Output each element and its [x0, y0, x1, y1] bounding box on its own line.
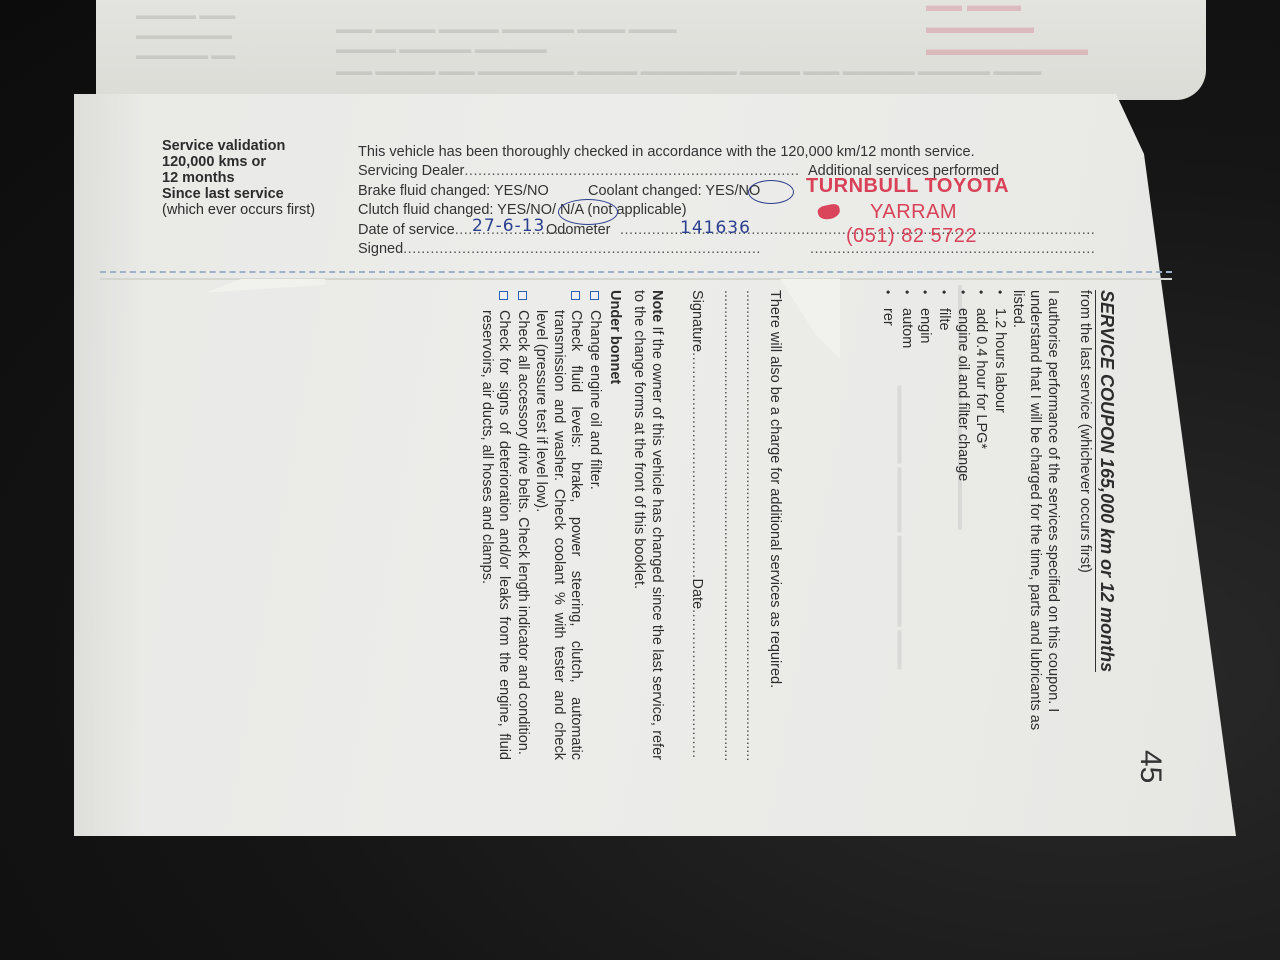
stamp-town: YARRAM [870, 201, 957, 224]
validation-interval-km: 120,000 kms or [162, 154, 352, 170]
bullet-item: add 0.4 hour for LPG* [971, 290, 990, 760]
clutch-na-circle [558, 199, 618, 225]
checklist-item: Check fluid levels: brake, power steerin… [532, 290, 585, 760]
checkbox[interactable] [518, 291, 527, 300]
handwritten-odometer: 141636 [680, 218, 751, 238]
bullet-item: autom [896, 290, 915, 760]
signature-field[interactable]: ........................................… [689, 352, 705, 578]
brake-fluid-field[interactable]: Brake fluid changed: YES/NO [358, 183, 549, 199]
checkbox[interactable] [572, 291, 581, 300]
page-number: 45 [1142, 750, 1160, 783]
date-label: Date of service [358, 222, 455, 238]
validation-statement: This vehicle has been thoroughly checked… [358, 143, 1038, 162]
perforation-line [100, 271, 1172, 273]
bullet-item: engin [915, 290, 934, 760]
dealer-label: Servicing Dealer [358, 163, 464, 179]
service-coupon: 45 SERVICE COUPON 165,000 km or 12 month… [333, 290, 1163, 810]
checklist-item: Check all accessory drive belts. Check l… [514, 290, 532, 760]
date-label: Date [689, 579, 705, 610]
checklist-item: Change engine oil and filter. [586, 290, 604, 760]
bullet-item-continued: filte [933, 290, 952, 760]
signature-label: Signature [689, 290, 705, 352]
coolant-field[interactable]: Coolant changed: YES/NO [588, 182, 760, 201]
additional-services-field[interactable]: ........................................… [742, 290, 760, 760]
bullet-item: 1.2 hours labour [989, 290, 1008, 760]
validation-qualifier: (which ever occurs first) [162, 202, 352, 218]
validation-interval-months: 12 months [162, 170, 352, 186]
checklist-item-text: Check fluid levels: brake, power steerin… [534, 310, 585, 760]
checklist-item-text: Check for signs of deterioration and/or … [479, 310, 513, 760]
coolant-no-circle [748, 180, 794, 204]
additional-charge-text: There will also be a charge for addition… [766, 290, 784, 688]
bullet-item: rer [877, 290, 896, 760]
validation-title: Service validation [162, 138, 352, 154]
labour-bullet-list: 1.2 hours labour add 0.4 hour for LPG* e… [877, 290, 1008, 760]
checklist-item-text: Change engine oil and filter. [587, 310, 603, 490]
validation-since: Since last service [162, 186, 352, 202]
date-field[interactable]: ........................................… [689, 609, 705, 760]
coupon-title: SERVICE COUPON 165,000 km or 12 months [1096, 290, 1116, 672]
service-validation-section: Service validation 120,000 kms or 12 mon… [0, 0, 1280, 270]
handwritten-date: 27-6-13 [472, 216, 545, 236]
signature-row: Signature...............................… [688, 290, 706, 760]
authorisation-text: I authorise performance of the services … [1009, 290, 1062, 760]
checkbox[interactable] [500, 291, 509, 300]
checklist-item-text: Check all accessory drive belts. Check l… [515, 310, 531, 755]
signed-field[interactable]: ........................................… [403, 241, 761, 257]
coupon-subtitle: from the last service (whichever occurs … [1076, 290, 1094, 573]
checkbox[interactable] [590, 291, 599, 300]
additional-services-field[interactable]: ........................................… [720, 290, 738, 760]
under-bonnet-heading: Under bonnet [606, 290, 624, 384]
stamp-dealer-name: TURNBULL TOYOTA [806, 175, 1009, 198]
bullet-item: engine oil and filter change [952, 290, 971, 760]
note-label: Note [649, 290, 665, 322]
checklist-item: Check for signs of deterioration and/or … [478, 290, 513, 760]
owner-change-note: Note If the owner of this vehicle has ch… [630, 290, 665, 760]
validation-label: Service validation 120,000 kms or 12 mon… [162, 138, 352, 218]
dealer-field[interactable]: ........................................… [464, 163, 799, 179]
signed-label: Signed [358, 241, 403, 257]
stamp-phone: (051) 82 5722 [846, 225, 977, 248]
note-text: If the owner of this vehicle has changed… [632, 290, 666, 760]
under-bonnet-checklist: Change engine oil and filter. Check flui… [477, 290, 604, 760]
